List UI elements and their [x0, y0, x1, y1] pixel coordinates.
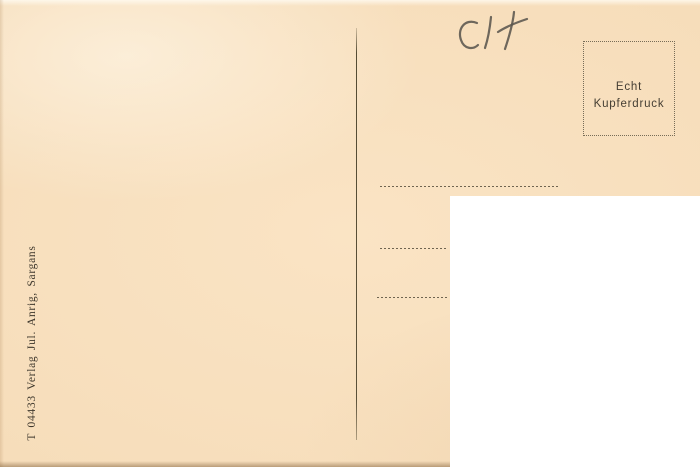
address-line-2 — [380, 248, 448, 249]
publisher-imprint: T 04433 Verlag Jul. Anrig, Sargans — [26, 245, 38, 440]
handwritten-pencil-mark — [455, 5, 545, 60]
paper-edge-left — [0, 0, 4, 467]
address-line-3 — [377, 297, 448, 298]
paper-edge-top — [0, 0, 700, 6]
stamp-box: Echt Kupferdruck — [583, 41, 675, 136]
stamp-box-text-line2: Kupferdruck — [594, 96, 665, 113]
center-divider-rule — [356, 28, 357, 440]
postcard-back: CH Echt Kupferdruck T 04433 Verlag Jul. … — [0, 0, 700, 467]
stamp-box-text-line1: Echt — [616, 79, 642, 96]
paper-edge-bottom — [0, 461, 452, 467]
white-masked-region — [450, 196, 700, 467]
address-line-1 — [380, 186, 560, 187]
